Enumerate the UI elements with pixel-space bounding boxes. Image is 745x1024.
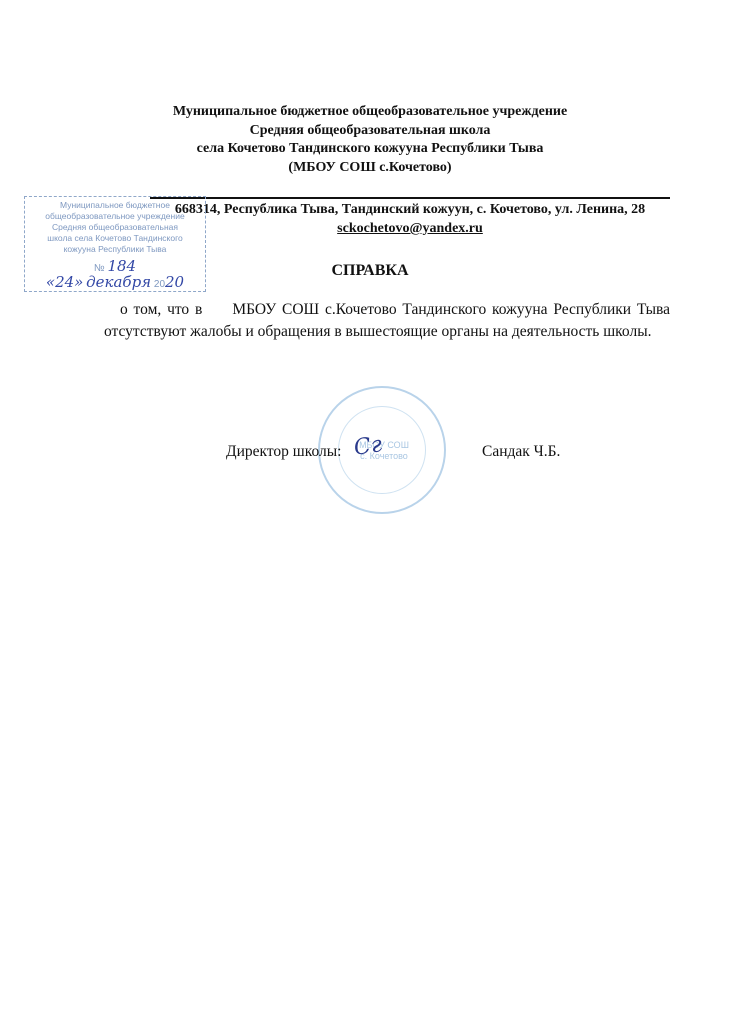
document-title: СПРАВКА [150,262,590,280]
year-prefix: 20 [154,279,165,290]
postal-address: 668314, Республика Тыва, Тандинский кожу… [150,200,670,219]
handwritten-day: «24» [46,273,83,291]
handwritten-month: декабря [86,273,151,291]
stamp-line-2: общеобразовательное учреждение [25,211,205,222]
letterhead-line-4: (МБОУ СОШ с.Кочетово) [150,159,590,178]
address-block: 668314, Республика Тыва, Тандинский кожу… [150,200,670,238]
stamp-line-5: кожууна Республики Тыва [25,244,205,255]
letterhead: Муниципальное бюджетное общеобразователь… [150,103,590,177]
signer-name: Сандак Ч.Б. [482,443,560,461]
header-divider [150,197,670,199]
letterhead-line-3: села Кочетово Тандинского кожууна Респуб… [150,140,590,159]
stamp-line-1: Муниципальное бюджетное [25,200,205,211]
body-part-1: о том, что в [120,301,202,318]
signature-block: Директор школы: Сандак Ч.Б. [226,443,626,461]
stamp-line-3: Средняя общеобразовательная [25,222,205,233]
signer-role: Директор школы: [226,443,341,460]
stamp-line-4: школа села Кочетово Тандинского [25,233,205,244]
letterhead-line-1: Муниципальное бюджетное общеобразователь… [150,103,590,122]
letterhead-line-2: Средняя общеобразовательная школа [150,122,590,141]
handwritten-signature: Сг [352,432,383,461]
email-link[interactable]: sckochetovo@yandex.ru [337,221,483,236]
document-body: о том, что вМБОУ СОШ с.Кочетово Тандинск… [104,299,670,343]
